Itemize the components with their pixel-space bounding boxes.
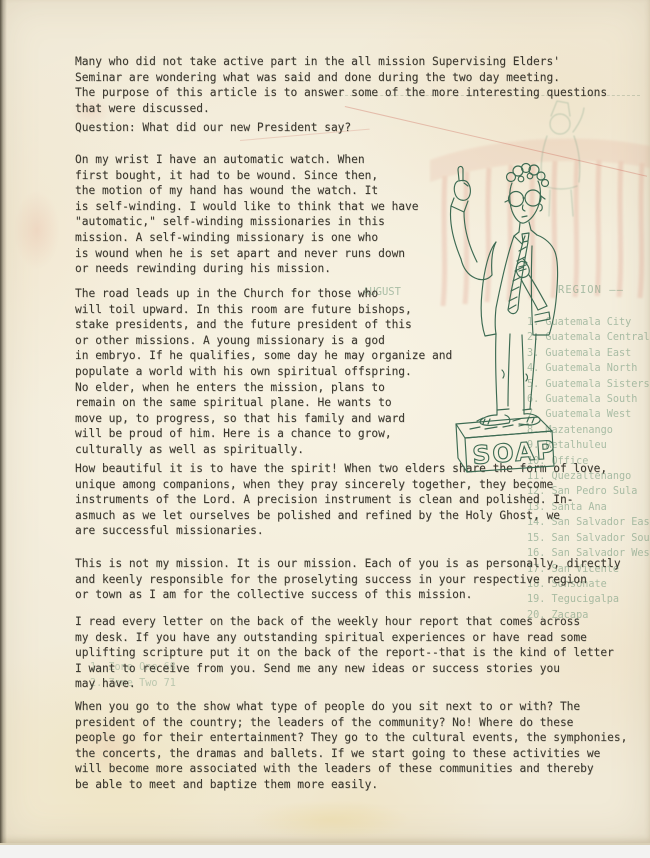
paragraph-our-mission: This is not my mission. It is our missio…	[75, 556, 635, 603]
scanned-newsletter-page: { "page": { "paragraphs": { "p1": "Many …	[0, 0, 650, 858]
question-line: Question: What did our new President say…	[75, 120, 635, 136]
paragraph-letters: I read every letter on the back of the w…	[75, 614, 635, 692]
paragraph-watch: On my wrist I have an automatic watch. W…	[75, 152, 495, 277]
paragraph-intro: Many who did not take active part in the…	[75, 54, 635, 116]
paragraph-road: The road leads up in the Church for thos…	[75, 286, 545, 458]
paragraph-spirit: How beautiful it is to have the spirit! …	[75, 461, 635, 539]
scan-edge-shadow	[0, 0, 7, 843]
paragraph-culture: When you go to the show what type of peo…	[75, 699, 635, 793]
